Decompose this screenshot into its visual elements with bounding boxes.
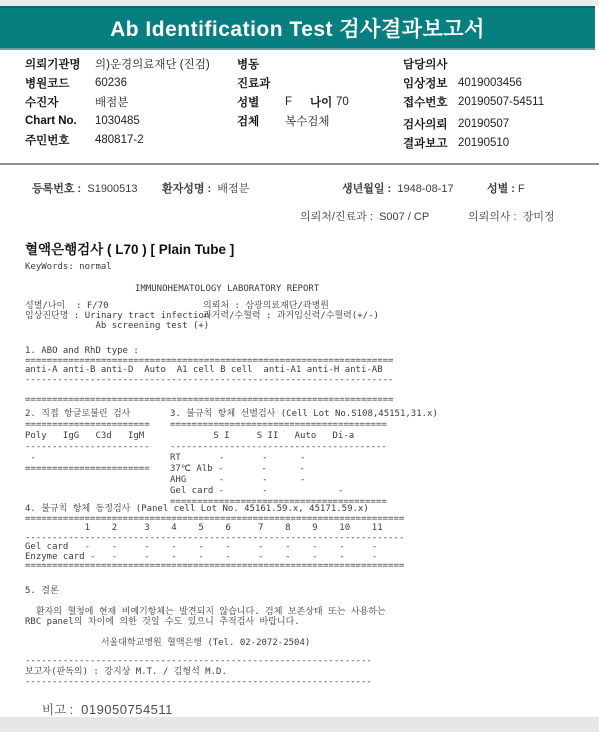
header-column-right: 담당의사 임상정보 4019003456 접수번호 20190507-54511… — [403, 54, 544, 153]
title-banner: Ab Identification Test 검사결과보고서 — [0, 6, 595, 50]
patient-name: 환자성명 : 배점분 — [162, 180, 249, 196]
clinical-info-right: 의뢰처 : 삼광의료재단/곽병원과거력/수혈력 : 과거임신력/수혈력(+/-) — [203, 301, 379, 321]
conclusion-block: 5. 결론 환자의 혈청에 현재 비예기항체는 발견되지 않습니다. 검체 보존… — [25, 586, 386, 648]
registration-value: S1900513 — [87, 183, 137, 195]
field-value: 의)운경의료재단 (진검) — [95, 56, 210, 72]
blood-bank-section-title: 혈액은행검사 ( L70 ) [ Plain Tube ] — [25, 238, 234, 258]
field-chart-no: Chart No. 1030485 — [25, 112, 210, 131]
patient-sex: 성별 : F — [487, 180, 525, 196]
field-receipt-no: 접수번호 20190507-54511 — [403, 92, 544, 111]
field-specimen: 검체 복수검체 — [237, 112, 349, 131]
field-patient: 수진자 배점분 — [25, 92, 210, 111]
field-doctor-in-charge: 담당의사 — [403, 54, 544, 73]
field-label: 담당의사 — [403, 56, 458, 72]
field-value: 4019003456 — [458, 77, 522, 89]
antibody-screen-table: 3. 불규칙 항체 선별검사 (Cell Lot No.S108,45151,3… — [170, 409, 438, 508]
header-divider-line — [0, 163, 599, 165]
field-value: 20190507-54511 — [458, 96, 544, 108]
field-label: 주민번호 — [25, 132, 95, 148]
field-value: 배점분 — [95, 94, 128, 110]
page-title: Ab Identification Test 검사결과보고서 — [110, 13, 485, 43]
field-value: 480817-2 — [95, 134, 144, 146]
field-clinical-info: 임상정보 4019003456 — [403, 73, 544, 92]
field-value: F — [285, 96, 292, 108]
field-value: 60236 — [95, 77, 127, 89]
patient-name-label: 환자성명 : — [162, 183, 211, 195]
field-resident-no: 주민번호 480817-2 — [25, 131, 210, 150]
field-label: 수진자 — [25, 94, 95, 110]
referring-doctor-label: 의뢰의사 : — [468, 211, 517, 223]
remark-line: 비고 :019050754511 — [42, 700, 173, 718]
field-label: 병동 — [237, 56, 285, 72]
abo-rhd-table: 1. ABO and RhD type :===================… — [25, 347, 393, 405]
bottom-gray-strip — [0, 717, 599, 732]
field-label: 진료과 — [237, 75, 285, 91]
antibody-id-table: 4. 불규칙 항체 동정검사 (Panel cell Lot No. 45161… — [25, 505, 404, 572]
field-department: 진료과 — [237, 73, 349, 92]
registration-no: 등록번호 : S1900513 — [32, 180, 138, 196]
birth-date-value: 1948-08-17 — [397, 183, 453, 195]
patient-sex-label: 성별 : — [487, 183, 515, 195]
patient-sex-value: F — [518, 183, 525, 195]
field-request-date: 검사의뢰 20190507 — [403, 115, 544, 134]
field-label: 접수번호 — [403, 94, 458, 110]
field-label: 의뢰기관명 — [25, 56, 95, 72]
field-label: Chart No. — [25, 115, 95, 127]
field-hospital-code: 병원코드 60236 — [25, 73, 210, 92]
referring-doctor: 의뢰의사 : 장미정 — [468, 208, 555, 224]
field-value-age: 70 — [336, 96, 349, 108]
field-label: 병원코드 — [25, 75, 95, 91]
patient-name-value: 배점분 — [217, 183, 249, 195]
reporter-block: ----------------------------------------… — [25, 656, 372, 688]
field-report-date: 결과보고 20190510 — [403, 134, 544, 153]
field-sex-age: 성별 F 나이 70 — [237, 92, 349, 111]
field-institution: 의뢰기관명 의)운경의료재단 (진검) — [25, 54, 210, 73]
report-page: Ab Identification Test 검사결과보고서 의뢰기관명 의)운… — [0, 0, 599, 732]
field-value: 1030485 — [95, 115, 140, 127]
lab-report-title: IMMUNOHEMATOLOGY LABORATORY REPORT — [135, 284, 319, 294]
dat-table: 2. 직접 항글로불린 검사=======================Pol… — [25, 409, 150, 475]
birth-date: 생년월일 : 1948-08-17 — [342, 180, 454, 196]
birth-date-label: 생년월일 : — [342, 183, 391, 195]
clinical-info-left: 성별/나이 : F/70임상진단명 : Urinary tract infect… — [25, 301, 209, 331]
field-label: 성별 — [237, 94, 285, 110]
registration-label: 등록번호 : — [32, 183, 81, 195]
referring-department: 의뢰처/진료과 : S007 / CP — [300, 208, 429, 224]
field-value: 20190507 — [458, 118, 509, 130]
header-column-left: 의뢰기관명 의)운경의료재단 (진검) 병원코드 60236 수진자 배점분 C… — [25, 54, 210, 150]
field-label: 검체 — [237, 113, 285, 129]
remark-label: 비고 : — [42, 703, 73, 717]
field-ward: 병동 — [237, 54, 349, 73]
field-value: 20190510 — [458, 137, 509, 149]
field-value: 복수검체 — [285, 113, 329, 129]
referring-doctor-value: 장미정 — [523, 211, 555, 223]
keywords-line: KeyWords: normal — [25, 262, 112, 272]
field-label: 결과보고 — [403, 135, 458, 151]
field-label-age: 나이 — [310, 94, 336, 110]
referring-department-label: 의뢰처/진료과 : — [300, 211, 373, 223]
header-column-middle: 병동 진료과 성별 F 나이 70 검체 복수검체 — [237, 54, 349, 131]
field-label: 검사의뢰 — [403, 116, 458, 132]
lab-report-title-text: IMMUNOHEMATOLOGY LABORATORY REPORT — [135, 284, 319, 294]
remark-value: 019050754511 — [81, 702, 173, 717]
field-label: 임상정보 — [403, 75, 458, 91]
referring-department-value: S007 / CP — [379, 211, 429, 223]
keywords-text: KeyWords: normal — [25, 262, 112, 272]
